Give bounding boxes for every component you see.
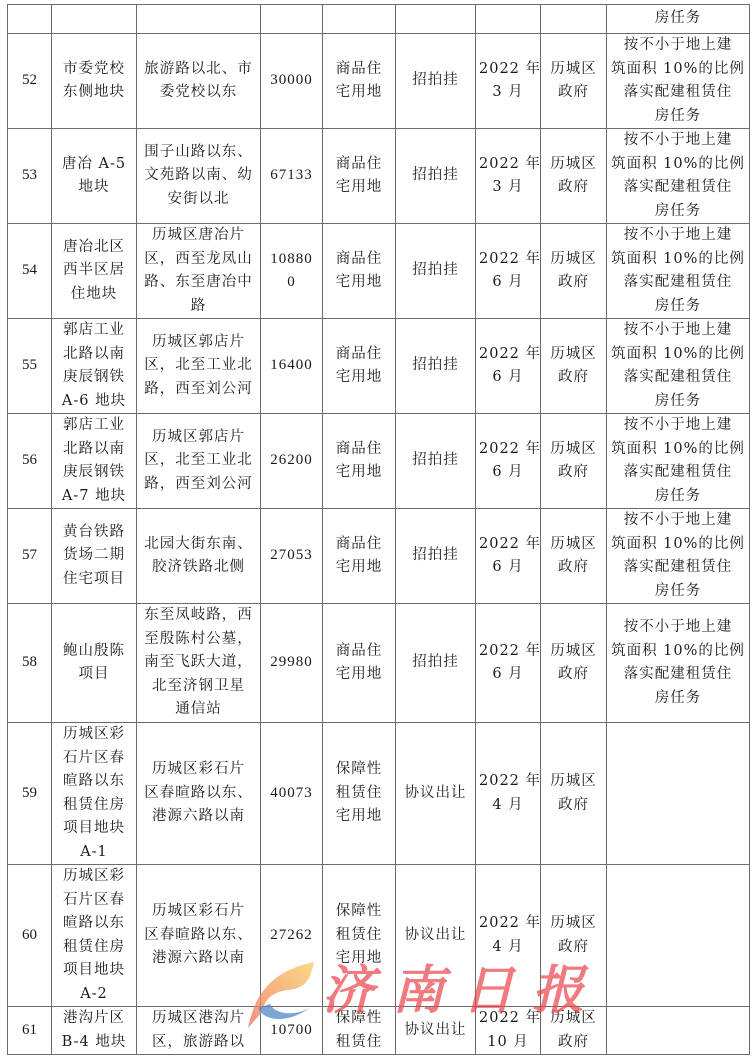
cell-text: 北路以南: [55, 343, 133, 367]
cell-text: 协议出让: [399, 924, 472, 948]
cell-text: 落实配建租赁住: [610, 556, 746, 580]
cell-text: 6 月: [479, 556, 537, 580]
cell-name: 港沟片区B-4 地块: [52, 1007, 137, 1055]
cell-text: 历城区彩: [55, 865, 133, 889]
cell-date: 2022 年6 月: [476, 509, 541, 604]
cell-text: 市委党校: [55, 58, 133, 82]
cell-text: 落实配建租赁住: [610, 461, 746, 485]
cell-text: 按不小于地上建: [610, 414, 746, 438]
cell-text: 租赁住房: [55, 936, 133, 960]
cell-text: 3 月: [479, 176, 537, 200]
cell-location: [137, 5, 261, 34]
cell-text: 10700: [264, 1019, 319, 1043]
cell-text: 历城区彩: [55, 723, 133, 747]
cell-use: 商品住宅用地: [323, 509, 396, 604]
cell-area: 10700: [261, 1007, 323, 1055]
cell-text: 南至飞跃大道，: [140, 651, 257, 675]
cell-location: 旅游路以北、市委党校以东: [137, 34, 261, 129]
cell-no: [8, 5, 52, 34]
cell-date: 2022 年4 月: [476, 865, 541, 1007]
cell-text: 招拍挂: [399, 449, 472, 473]
cell-remark: 按不小于地上建筑面积 10%的比例落实配建租赁住房任务: [607, 604, 750, 723]
cell-text: 石片区春: [55, 747, 133, 771]
cell-text: 按不小于地上建: [610, 224, 746, 248]
cell-no: 61: [8, 1007, 52, 1055]
cell-location: 历城区唐冶片区，西至龙凤山路、东至唐冶中路: [137, 224, 261, 319]
cell-text: 区，北至工业北: [140, 354, 257, 378]
cell-use: 保障性租赁住: [323, 1007, 396, 1055]
cell-text: 按不小于地上建: [610, 129, 746, 153]
cell-text: 货场二期: [55, 544, 133, 568]
cell-text: 文苑路以南、幼: [140, 164, 257, 188]
cell-text: 郭店工业: [55, 414, 133, 438]
cell-text: 东侧地块: [55, 81, 133, 105]
cell-use: 商品住宅用地: [323, 129, 396, 224]
cell-agency: 历城区政府: [541, 319, 607, 414]
cell-remark: 按不小于地上建筑面积 10%的比例落实配建租赁住房任务: [607, 509, 750, 604]
cell-text: 0: [264, 271, 319, 295]
cell-method: 招拍挂: [396, 34, 476, 129]
cell-text: 宅用地: [326, 461, 392, 485]
cell-agency: [541, 5, 607, 34]
cell-location: 历城区港沟片区，旅游路以: [137, 1007, 261, 1055]
cell-text: 落实配建租赁住: [610, 81, 746, 105]
cell-text: 唐冶北区: [55, 236, 133, 260]
cell-text: 2022 年: [479, 640, 537, 664]
cell-text: 路、东至唐冶中: [140, 271, 257, 295]
cell-location: 历城区彩石片区春暄路以东、港源六路以南: [137, 865, 261, 1007]
cell-text: 政府: [544, 794, 603, 818]
cell-name: 唐冶北区西半区居住地块: [52, 224, 137, 319]
cell-text: 历城区: [544, 1007, 603, 1031]
cell-text: 历城区: [544, 248, 603, 272]
cell-text: 历城区郭店片: [140, 331, 257, 355]
cell-no: 56: [8, 414, 52, 509]
cell-method: 协议出让: [396, 723, 476, 865]
cell-text: 委党校以东: [140, 81, 257, 105]
cell-remark: 按不小于地上建筑面积 10%的比例落实配建租赁住房任务: [607, 319, 750, 414]
cell-location: 历城区郭店片区，北至工业北路，西至刘公河: [137, 414, 261, 509]
cell-text: A-1: [55, 841, 133, 865]
cell-text: 政府: [544, 81, 603, 105]
cell-area: 108800: [261, 224, 323, 319]
cell-method: 招拍挂: [396, 414, 476, 509]
cell-text: 历城区港沟片: [140, 1007, 257, 1031]
cell-text: 保障性: [326, 758, 392, 782]
cell-text: 宅用地: [326, 81, 392, 105]
cell-text: 保障性: [326, 1007, 392, 1031]
cell-agency: 历城区政府: [541, 224, 607, 319]
cell-date: 2022 年3 月: [476, 129, 541, 224]
cell-name: 历城区彩石片区春暄路以东租赁住房项目地块A-2: [52, 865, 137, 1007]
cell-text: 港沟片区: [55, 1007, 133, 1031]
cell-text: 黄台铁路: [55, 521, 133, 545]
cell-text: 宅用地: [326, 663, 392, 687]
cell-text: 房任务: [610, 105, 746, 129]
cell-location: 历城区彩石片区春暄路以东、港源六路以南: [137, 723, 261, 865]
cell-text: 路: [140, 295, 257, 319]
cell-text: 鲍山殷陈: [55, 640, 133, 664]
cell-agency: 历城区政府: [541, 1007, 607, 1055]
cell-text: 房任务: [610, 485, 746, 509]
table-row: 61港沟片区B-4 地块历城区港沟片区，旅游路以10700保障性租赁住协议出让2…: [8, 1007, 750, 1055]
cell-agency: 历城区政府: [541, 865, 607, 1007]
cell-text: 北至济钢卫星: [140, 675, 257, 699]
cell-text: 4 月: [479, 936, 537, 960]
table-row: 53唐冶 A-5地块围子山路以东、文苑路以南、幼安街以北67133商品住宅用地招…: [8, 129, 750, 224]
cell-text: 历城区: [544, 533, 603, 557]
cell-text: 房任务: [610, 390, 746, 414]
cell-name: [52, 5, 137, 34]
cell-text: 租赁住: [326, 782, 392, 806]
cell-text: 筑面积 10%的比例: [610, 58, 746, 82]
cell-text: 暄路以东: [55, 912, 133, 936]
cell-text: 宅用地: [326, 805, 392, 829]
cell-no: 54: [8, 224, 52, 319]
cell-no: 59: [8, 723, 52, 865]
cell-text: 16400: [264, 354, 319, 378]
cell-text: 筑面积 10%的比例: [610, 640, 746, 664]
cell-text: 政府: [544, 936, 603, 960]
cell-text: 2022 年: [479, 770, 537, 794]
cell-name: 黄台铁路货场二期住宅项目: [52, 509, 137, 604]
cell-text: 庚辰钢铁: [55, 461, 133, 485]
cell-text: 落实配建租赁住: [610, 176, 746, 200]
cell-text: 政府: [544, 366, 603, 390]
cell-area: 16400: [261, 319, 323, 414]
cell-text: 10880: [264, 248, 319, 272]
cell-text: 筑面积 10%的比例: [610, 438, 746, 462]
cell-text: 落实配建租赁住: [610, 663, 746, 687]
cell-text: 政府: [544, 1031, 603, 1055]
cell-text: 宅用地: [326, 176, 392, 200]
cell-text: 协议出让: [399, 1019, 472, 1043]
table-row-continuation: 房任务: [8, 5, 750, 34]
cell-text: 宅用地: [326, 366, 392, 390]
cell-agency: 历城区政府: [541, 509, 607, 604]
cell-text: 落实配建租赁住: [610, 271, 746, 295]
cell-text: 保障性: [326, 900, 392, 924]
cell-text: 租赁住: [326, 1031, 392, 1055]
cell-text: 租赁住: [326, 924, 392, 948]
cell-text: 西半区居: [55, 259, 133, 283]
cell-use: 商品住宅用地: [323, 319, 396, 414]
cell-text: 招拍挂: [399, 354, 472, 378]
cell-area: 30000: [261, 34, 323, 129]
cell-text: 商品住: [326, 248, 392, 272]
cell-remark: 按不小于地上建筑面积 10%的比例落实配建租赁住房任务: [607, 414, 750, 509]
cell-name: 郭店工业北路以南庚辰钢铁A-7 地块: [52, 414, 137, 509]
cell-text: 安街以北: [140, 188, 257, 212]
cell-text: 商品住: [326, 153, 392, 177]
cell-use: 商品住宅用地: [323, 34, 396, 129]
cell-no: 53: [8, 129, 52, 224]
cell-location: 历城区郭店片区，北至工业北路，西至刘公河: [137, 319, 261, 414]
cell-text: 27262: [264, 924, 319, 948]
cell-no: 55: [8, 319, 52, 414]
cell-text: 北路以南: [55, 438, 133, 462]
cell-agency: 历城区政府: [541, 604, 607, 723]
cell-text: 30000: [264, 69, 319, 93]
cell-text: 港源六路以南: [140, 947, 257, 971]
cell-text: 路，西至刘公河: [140, 378, 257, 402]
cell-name: 唐冶 A-5地块: [52, 129, 137, 224]
cell-text: 路，西至刘公河: [140, 473, 257, 497]
cell-text: 历城区: [544, 153, 603, 177]
cell-text: 住地块: [55, 283, 133, 307]
cell-text: 历城区: [544, 640, 603, 664]
cell-date: 2022 年10 月: [476, 1007, 541, 1055]
cell-area: 67133: [261, 129, 323, 224]
cell-text: 项目地块: [55, 959, 133, 983]
cell-use: 商品住宅用地: [323, 604, 396, 723]
cell-text: 至殷陈村公墓，: [140, 628, 257, 652]
cell-text: 宅用地: [326, 556, 392, 580]
cell-text: 27053: [264, 544, 319, 568]
cell-text: 地块: [55, 176, 133, 200]
cell-text: 67133: [264, 164, 319, 188]
cell-agency: 历城区政府: [541, 414, 607, 509]
cell-remark: 按不小于地上建筑面积 10%的比例落实配建租赁住房任务: [607, 129, 750, 224]
cell-text: 区，北至工业北: [140, 449, 257, 473]
cell-text: 商品住: [326, 438, 392, 462]
cell-text: 6 月: [479, 461, 537, 485]
cell-text: 协议出让: [399, 782, 472, 806]
cell-text: 东至凤岐路，西: [140, 604, 257, 628]
cell-text: 10 月: [479, 1031, 537, 1055]
cell-date: 2022 年6 月: [476, 319, 541, 414]
cell-text: 历城区: [544, 438, 603, 462]
cell-text: 2022 年: [479, 343, 537, 367]
cell-text: 商品住: [326, 533, 392, 557]
cell-text: 租赁住房: [55, 794, 133, 818]
cell-method: 招拍挂: [396, 129, 476, 224]
cell-text: 宅用地: [326, 947, 392, 971]
cell-text: 筑面积 10%的比例: [610, 343, 746, 367]
cell-date: 2022 年4 月: [476, 723, 541, 865]
cell-text: 政府: [544, 461, 603, 485]
cell-text: 招拍挂: [399, 259, 472, 283]
cell-text: 历城区唐冶片: [140, 224, 257, 248]
cell-text: 商品住: [326, 640, 392, 664]
cell-text: 区春暄路以东、: [140, 782, 257, 806]
cell-text: 历城区彩石片: [140, 900, 257, 924]
cell-area: [261, 5, 323, 34]
cell-text: 6 月: [479, 366, 537, 390]
cell-text: 按不小于地上建: [610, 509, 746, 533]
cell-text: 4 月: [479, 794, 537, 818]
cell-text: 29980: [264, 651, 319, 675]
cell-text: 历城区: [544, 770, 603, 794]
cell-use: 保障性租赁住宅用地: [323, 865, 396, 1007]
cell-no: 57: [8, 509, 52, 604]
cell-method: [396, 5, 476, 34]
cell-text: 筑面积 10%的比例: [610, 248, 746, 272]
cell-text: 房任务: [610, 580, 746, 604]
cell-text: 26200: [264, 449, 319, 473]
cell-text: 2022 年: [479, 153, 537, 177]
cell-text: A-6 地块: [55, 390, 133, 414]
cell-no: 52: [8, 34, 52, 129]
cell-text: 住宅项目: [55, 568, 133, 592]
document-page: 房任务52市委党校东侧地块旅游路以北、市委党校以东30000商品住宅用地招拍挂2…: [0, 0, 756, 1056]
cell-remark: [607, 723, 750, 865]
cell-text: 招拍挂: [399, 164, 472, 188]
cell-text: 按不小于地上建: [610, 616, 746, 640]
cell-text: 历城区彩石片: [140, 758, 257, 782]
cell-agency: 历城区政府: [541, 129, 607, 224]
cell-agency: 历城区政府: [541, 723, 607, 865]
cell-text: 按不小于地上建: [610, 34, 746, 58]
cell-location: 围子山路以东、文苑路以南、幼安街以北: [137, 129, 261, 224]
cell-method: 招拍挂: [396, 509, 476, 604]
cell-text: 政府: [544, 176, 603, 200]
cell-text: 宅用地: [326, 271, 392, 295]
cell-text: 房任务: [610, 200, 746, 224]
cell-text: 房任务: [610, 687, 746, 711]
cell-date: [476, 5, 541, 34]
cell-text: 2022 年: [479, 533, 537, 557]
cell-text: 项目地块: [55, 817, 133, 841]
cell-text: 筑面积 10%的比例: [610, 153, 746, 177]
cell-text: 按不小于地上建: [610, 319, 746, 343]
cell-date: 2022 年6 月: [476, 414, 541, 509]
cell-method: 招拍挂: [396, 319, 476, 414]
cell-text: 政府: [544, 663, 603, 687]
cell-text: 筑面积 10%的比例: [610, 533, 746, 557]
table-row: 52市委党校东侧地块旅游路以北、市委党校以东30000商品住宅用地招拍挂2022…: [8, 34, 750, 129]
cell-remark: 房任务: [607, 5, 750, 34]
cell-text: 历城区郭店片: [140, 426, 257, 450]
cell-text: A-2: [55, 983, 133, 1007]
cell-no: 58: [8, 604, 52, 723]
cell-text: 落实配建租赁住: [610, 366, 746, 390]
cell-text: 暄路以东: [55, 770, 133, 794]
table-row: 56郭店工业北路以南庚辰钢铁A-7 地块历城区郭店片区，北至工业北路，西至刘公河…: [8, 414, 750, 509]
cell-text: 2022 年: [479, 248, 537, 272]
cell-text: 历城区: [544, 58, 603, 82]
cell-method: 协议出让: [396, 1007, 476, 1055]
cell-use: [323, 5, 396, 34]
cell-text: 石片区春: [55, 889, 133, 913]
cell-text: 6 月: [479, 271, 537, 295]
cell-text: 围子山路以东、: [140, 141, 257, 165]
cell-text: 3 月: [479, 81, 537, 105]
cell-text: 北园大街东南、: [140, 533, 257, 557]
table-row: 58鲍山殷陈项目东至凤岐路，西至殷陈村公墓，南至飞跃大道，北至济钢卫星通信站29…: [8, 604, 750, 723]
cell-text: 唐冶 A-5: [55, 153, 133, 177]
cell-date: 2022 年3 月: [476, 34, 541, 129]
cell-text: 40073: [264, 782, 319, 806]
cell-text: 历城区: [544, 912, 603, 936]
cell-agency: 历城区政府: [541, 34, 607, 129]
cell-text: 招拍挂: [399, 69, 472, 93]
cell-text: 2022 年: [479, 438, 537, 462]
cell-use: 商品住宅用地: [323, 414, 396, 509]
table-row: 55郭店工业北路以南庚辰钢铁A-6 地块历城区郭店片区，北至工业北路，西至刘公河…: [8, 319, 750, 414]
cell-text: 港源六路以南: [140, 805, 257, 829]
cell-remark: [607, 1007, 750, 1055]
cell-text: 商品住: [326, 343, 392, 367]
cell-remark: [607, 865, 750, 1007]
cell-text: 庚辰钢铁: [55, 366, 133, 390]
cell-name: 鲍山殷陈项目: [52, 604, 137, 723]
cell-area: 26200: [261, 414, 323, 509]
cell-date: 2022 年6 月: [476, 224, 541, 319]
table-row: 54唐冶北区西半区居住地块历城区唐冶片区，西至龙凤山路、东至唐冶中路108800…: [8, 224, 750, 319]
cell-remark: 按不小于地上建筑面积 10%的比例落实配建租赁住房任务: [607, 34, 750, 129]
cell-area: 29980: [261, 604, 323, 723]
cell-text: 项目: [55, 663, 133, 687]
cell-text: 旅游路以北、市: [140, 58, 257, 82]
table-row: 57黄台铁路货场二期住宅项目北园大街东南、胶济铁路北侧27053商品住宅用地招拍…: [8, 509, 750, 604]
cell-area: 27053: [261, 509, 323, 604]
cell-area: 40073: [261, 723, 323, 865]
cell-no: 60: [8, 865, 52, 1007]
cell-text: 郭店工业: [55, 319, 133, 343]
cell-name: 郭店工业北路以南庚辰钢铁A-6 地块: [52, 319, 137, 414]
cell-area: 27262: [261, 865, 323, 1007]
cell-text: 政府: [544, 556, 603, 580]
cell-use: 商品住宅用地: [323, 224, 396, 319]
cell-text: 胶济铁路北侧: [140, 556, 257, 580]
cell-text: 区春暄路以东、: [140, 924, 257, 948]
cell-name: 历城区彩石片区春暄路以东租赁住房项目地块A-1: [52, 723, 137, 865]
cell-text: A-7 地块: [55, 485, 133, 509]
cell-method: 招拍挂: [396, 604, 476, 723]
cell-text: 区，旅游路以: [140, 1031, 257, 1055]
cell-text: 历城区: [544, 343, 603, 367]
table-row: 59历城区彩石片区春暄路以东租赁住房项目地块A-1历城区彩石片区春暄路以东、港源…: [8, 723, 750, 865]
cell-text: 6 月: [479, 663, 537, 687]
cell-text: 招拍挂: [399, 651, 472, 675]
cell-text: 招拍挂: [399, 544, 472, 568]
cell-name: 市委党校东侧地块: [52, 34, 137, 129]
cell-location: 北园大街东南、胶济铁路北侧: [137, 509, 261, 604]
cell-text: 2022 年: [479, 1007, 537, 1031]
cell-text: 2022 年: [479, 58, 537, 82]
cell-use: 保障性租赁住宅用地: [323, 723, 396, 865]
cell-date: 2022 年6 月: [476, 604, 541, 723]
cell-remark: 按不小于地上建筑面积 10%的比例落实配建租赁住房任务: [607, 224, 750, 319]
cell-text: B-4 地块: [55, 1031, 133, 1055]
cell-text: 政府: [544, 271, 603, 295]
cell-location: 东至凤岐路，西至殷陈村公墓，南至飞跃大道，北至济钢卫星通信站: [137, 604, 261, 723]
cell-text: 2022 年: [479, 912, 537, 936]
land-supply-table: 房任务52市委党校东侧地块旅游路以北、市委党校以东30000商品住宅用地招拍挂2…: [7, 4, 750, 1055]
cell-text: 房任务: [610, 7, 746, 31]
cell-method: 招拍挂: [396, 224, 476, 319]
cell-method: 协议出让: [396, 865, 476, 1007]
cell-text: 房任务: [610, 295, 746, 319]
cell-text: 区，西至龙凤山: [140, 248, 257, 272]
cell-text: 商品住: [326, 58, 392, 82]
cell-text: 通信站: [140, 698, 257, 722]
table-row: 60历城区彩石片区春暄路以东租赁住房项目地块A-2历城区彩石片区春暄路以东、港源…: [8, 865, 750, 1007]
